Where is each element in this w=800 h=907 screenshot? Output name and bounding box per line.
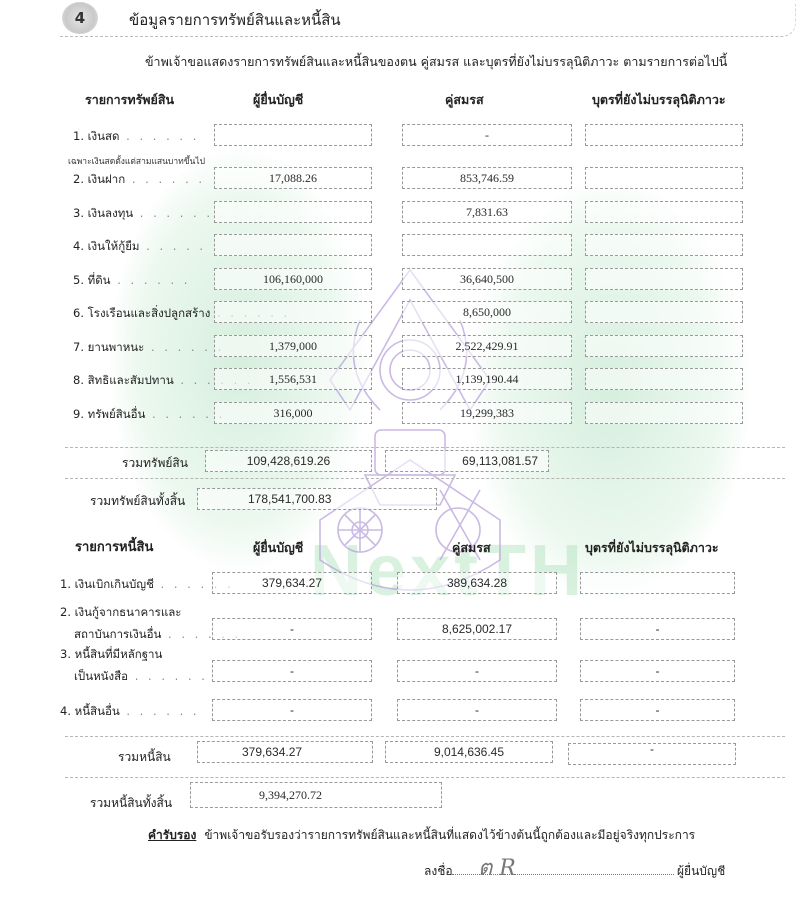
asset-declarant-value xyxy=(214,234,372,256)
asset-label: 9. ทรัพย์สินอื่น . . . . . . xyxy=(73,406,225,424)
liabilities-total-declarant: 379,634.27 xyxy=(197,741,373,763)
liability-child-value: - xyxy=(580,660,735,682)
asset-declarant-value: 316,000 xyxy=(214,402,372,424)
assets-total-declarant: 109,428,619.26 xyxy=(205,450,372,472)
asset-child-value xyxy=(585,368,743,390)
liability-declarant-value: - xyxy=(212,699,372,721)
liabilities-grand-total: 9,394,270.72 xyxy=(190,782,442,808)
asset-declarant-value: 106,160,000 xyxy=(214,268,372,290)
assets-grand-total-label: รวมทรัพย์สินทั้งสิ้น xyxy=(90,492,185,511)
asset-spouse-value: 1,139,190.44 xyxy=(402,368,572,390)
liabilities-header-spouse: คู่สมรส xyxy=(452,538,491,558)
liability-spouse-value: - xyxy=(397,660,557,682)
asset-note: เฉพาะเงินสดตั้งแต่สามแสนบาทขึ้นไป xyxy=(68,154,205,168)
separator xyxy=(65,447,785,448)
liabilities-grand-total-label: รวมหนี้สินทั้งสิ้น xyxy=(90,794,172,813)
asset-spouse-value: 853,746.59 xyxy=(402,167,572,189)
asset-child-value xyxy=(585,124,743,146)
asset-declarant-value xyxy=(214,301,372,323)
asset-child-value xyxy=(585,234,743,256)
asset-spouse-value: 8,650,000 xyxy=(402,301,572,323)
dot-leader: . . . . . . xyxy=(128,669,208,683)
assets-grand-total: 178,541,700.83 xyxy=(197,488,437,510)
liability-child-value xyxy=(580,572,735,594)
liability-label: 3. หนี้สินที่มีหลักฐาน xyxy=(60,646,162,664)
dot-leader: . . . . . . xyxy=(144,340,224,354)
liability-declarant-value: - xyxy=(212,618,372,640)
asset-label: 7. ยานพาหนะ . . . . . . xyxy=(73,339,224,357)
asset-declarant-value xyxy=(214,124,372,146)
liabilities-header-child: บุตรที่ยังไม่บรรลุนิติภาวะ xyxy=(585,538,719,558)
asset-child-value xyxy=(585,268,743,290)
signature: ต R xyxy=(478,850,516,885)
liability-spouse-value: 8,625,002.17 xyxy=(397,618,557,640)
liability-label: 1. เงินเบิกเกินบัญชี . . . . . . xyxy=(60,576,234,594)
sign-label: ลงชื่อ xyxy=(424,862,453,881)
liabilities-total-spouse: 9,014,636.45 xyxy=(385,741,553,763)
liability-label: 4. หนี้สินอื่น . . . . . . xyxy=(60,703,200,721)
liability-spouse-value: - xyxy=(397,699,557,721)
dot-leader: . . . . . . xyxy=(140,239,220,253)
certification-text: ข้าพเจ้าขอรับรองว่ารายการทรัพย์สินและหนี… xyxy=(204,828,695,842)
separator xyxy=(65,777,785,778)
asset-declarant-value: 1,556,531 xyxy=(214,368,372,390)
asset-label: 5. ที่ดิน . . . . . . xyxy=(73,272,190,290)
liabilities-total-label: รวมหนี้สิน xyxy=(118,748,171,767)
certification: คำรับรองข้าพเจ้าขอรับรองว่ารายการทรัพย์ส… xyxy=(148,826,695,845)
asset-spouse-value: - xyxy=(402,124,572,146)
certification-heading: คำรับรอง xyxy=(148,828,196,842)
dot-leader: . . . . . . xyxy=(125,172,205,186)
asset-child-value xyxy=(585,402,743,424)
liability-child-value: - xyxy=(580,699,735,721)
dot-leader: . . . . . . xyxy=(120,704,200,718)
dot-leader: . . . . . . xyxy=(120,129,200,143)
section-title: ข้อมูลรายการทรัพย์สินและหนี้สิน xyxy=(129,8,341,32)
assets-total-label: รวมทรัพย์สิน xyxy=(122,454,188,473)
liability-declarant-value: - xyxy=(212,660,372,682)
liabilities-header-declarant: ผู้ยื่นบัญชี xyxy=(253,538,303,558)
asset-child-value xyxy=(585,167,743,189)
signature-line xyxy=(452,874,674,875)
liabilities-total-child: - xyxy=(568,743,736,765)
asset-child-value xyxy=(585,201,743,223)
asset-child-value xyxy=(585,335,743,357)
assets-header-declarant: ผู้ยื่นบัญชี xyxy=(253,90,303,110)
asset-declarant-value: 1,379,000 xyxy=(214,335,372,357)
separator xyxy=(65,736,785,737)
asset-label: 1. เงินสด . . . . . . xyxy=(73,128,199,146)
asset-spouse-value xyxy=(402,234,572,256)
asset-spouse-value: 2,522,429.91 xyxy=(402,335,572,357)
separator xyxy=(65,478,785,479)
asset-spouse-value: 19,299,383 xyxy=(402,402,572,424)
intro-text: ข้าพเจ้าขอแสดงรายการทรัพย์สินและหนี้สินข… xyxy=(145,52,727,72)
liabilities-header-item: รายการหนี้สิน xyxy=(75,536,153,557)
section-number-badge: 4 xyxy=(62,2,98,34)
assets-total-spouse: 69,113,081.57 xyxy=(385,450,549,472)
dot-leader: . . . . . . xyxy=(111,273,191,287)
asset-spouse-value: 7,831.63 xyxy=(402,201,572,223)
assets-header-child: บุตรที่ยังไม่บรรลุนิติภาวะ xyxy=(592,90,726,110)
liability-label-line2: เป็นหนังสือ . . . . . . xyxy=(74,668,208,686)
assets-header-item: รายการทรัพย์สิน xyxy=(85,90,174,110)
asset-label: 4. เงินให้กู้ยืม . . . . . . xyxy=(73,238,219,256)
asset-label: 2. เงินฝาก . . . . . . xyxy=(73,171,205,189)
asset-spouse-value: 36,640,500 xyxy=(402,268,572,290)
signer-role: ผู้ยื่นบัญชี xyxy=(677,862,725,881)
liability-label: 2. เงินกู้จากธนาคารและ xyxy=(60,604,181,622)
asset-child-value xyxy=(585,301,743,323)
liability-declarant-value: 379,634.27 xyxy=(212,572,372,594)
liability-spouse-value: 389,634.28 xyxy=(397,572,557,594)
assets-header-spouse: คู่สมรส xyxy=(445,90,484,110)
dot-leader: . . . . . . xyxy=(133,206,213,220)
asset-label: 3. เงินลงทุน . . . . . . xyxy=(73,205,213,223)
asset-declarant-value xyxy=(214,201,372,223)
liability-child-value: - xyxy=(580,618,735,640)
asset-declarant-value: 17,088.26 xyxy=(214,167,372,189)
